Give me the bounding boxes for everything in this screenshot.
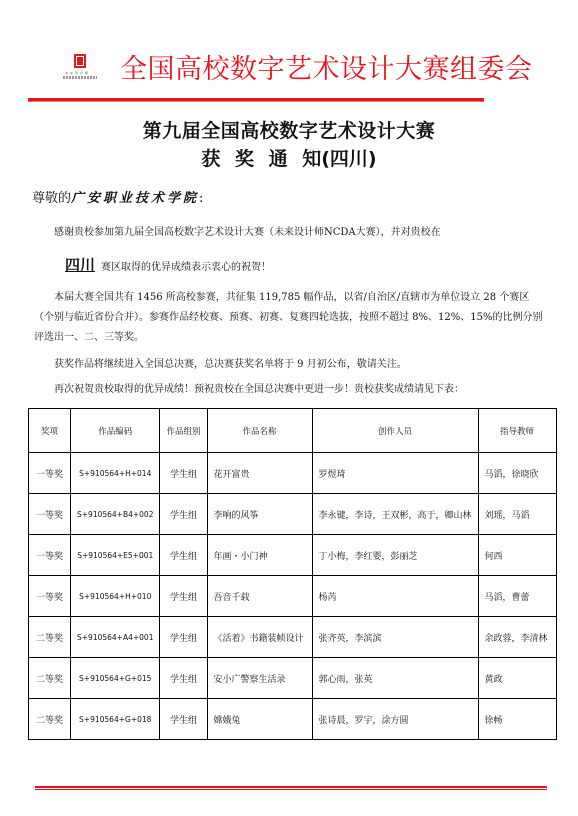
paragraph-thanks: 感谢贵校参加第九届全国高校数字艺术设计大赛（未来设计师NCDA大赛），并对贵校在 bbox=[54, 223, 441, 243]
code-cell: S+910564+H+014 bbox=[71, 453, 160, 494]
table-row: 二等奖 S+910564+A4+001 学生组 《活着》书籍装帧设计 张齐英，李… bbox=[29, 617, 557, 658]
creators-cell: 罗煜琦 bbox=[312, 453, 478, 494]
creators-cell: 杨芮 bbox=[312, 576, 478, 617]
title-cell: 李响的风筝 bbox=[207, 494, 312, 535]
group-cell: 学生组 bbox=[160, 494, 207, 535]
table-row: 一等奖 S+910564+B4+002 学生组 李响的风筝 李永键，李诗，王双彬… bbox=[29, 494, 557, 535]
code-cell: S+910564+G+018 bbox=[71, 699, 160, 740]
table-row: 一等奖 S+910564+H+010 学生组 吾音千载 杨芮 马滔，曹蕾 bbox=[29, 576, 557, 617]
advisors-cell: 黄政 bbox=[478, 658, 556, 699]
group-cell: 学生组 bbox=[160, 699, 207, 740]
table-row: 一等奖 S+910564+E5+001 学生组 年画・小门神 丁小梅，李红婴，彭… bbox=[29, 535, 557, 576]
region-congrats: 赛区取得的优异成绩表示衷心的祝贺！ bbox=[101, 262, 271, 273]
paragraph-congrats: 再次祝贺贵校取得的优异成绩！预祝贵校在全国总决赛中更进一步！贵校获奖成绩请见下表… bbox=[54, 380, 464, 400]
award-cell: 二等奖 bbox=[29, 617, 71, 658]
salutation: 尊敬的广安职业技术学院: bbox=[32, 187, 203, 206]
award-cell: 二等奖 bbox=[29, 658, 71, 699]
table-row: 一等奖 S+910564+H+014 学生组 花开富贵 罗煜琦 马滔，徐晓欣 bbox=[29, 453, 557, 494]
title-cell: 吾音千载 bbox=[207, 576, 312, 617]
creators-cell: 李永键，李诗，王双彬，高于，卿山林 bbox=[312, 494, 478, 535]
award-cell: 一等奖 bbox=[29, 494, 71, 535]
footer-divider bbox=[35, 786, 547, 790]
title-cell: 《活着》书籍装帧设计 bbox=[207, 617, 312, 658]
title-cell: 年画・小门神 bbox=[207, 535, 312, 576]
header-advisors: 指导教师 bbox=[478, 409, 556, 453]
group-cell: 学生组 bbox=[160, 658, 207, 699]
award-cell: 二等奖 bbox=[29, 699, 71, 740]
advisors-cell: 徐畅 bbox=[478, 699, 556, 740]
header-code: 作品编码 bbox=[71, 409, 160, 453]
paragraph-competition-stats: 本届大赛全国共有 1456 所高校参赛，共征集 119,785 幅作品，以省/自… bbox=[34, 288, 548, 348]
salutation-suffix: : bbox=[199, 191, 203, 206]
region-line: 四川赛区取得的优异成绩表示衷心的祝贺！ bbox=[65, 254, 271, 275]
award-cell: 一等奖 bbox=[29, 535, 71, 576]
title-cell: 嫦娥兔 bbox=[207, 699, 312, 740]
creators-cell: 丁小梅，李红婴，彭丽芝 bbox=[312, 535, 478, 576]
advisors-cell: 何西 bbox=[478, 535, 556, 576]
header-divider bbox=[28, 98, 484, 101]
award-cell: 一等奖 bbox=[29, 453, 71, 494]
document-subtitle: 获 奖 通 知(四川) bbox=[0, 144, 578, 171]
title-cell: 安小广警察生活录 bbox=[207, 658, 312, 699]
advisors-cell: 马滔，曹蕾 bbox=[478, 576, 556, 617]
header-creators: 创作人员 bbox=[312, 409, 478, 453]
creators-cell: 郭心雨，张英 bbox=[312, 658, 478, 699]
table-row: 二等奖 S+910564+G+018 学生组 嫦娥兔 张诗晨，罗宇，涂方圆 徐畅 bbox=[29, 699, 557, 740]
group-cell: 学生组 bbox=[160, 535, 207, 576]
creators-cell: 张齐英，李滨滨 bbox=[312, 617, 478, 658]
code-cell: S+910564+E5+001 bbox=[71, 535, 160, 576]
salutation-prefix: 尊敬的 bbox=[32, 191, 71, 206]
award-cell: 一等奖 bbox=[29, 576, 71, 617]
region-name: 四川 bbox=[65, 256, 95, 274]
letterhead: 未来设计师 全国高校数字艺术设计大赛组委会 bbox=[28, 52, 550, 92]
paragraph-finals: 获奖作品将继续进入全国总决赛，总决赛获奖名单将于 9 月初公布，敬请关注。 bbox=[54, 355, 407, 375]
advisors-cell: 余政蓉，李清林 bbox=[478, 617, 556, 658]
document-title: 第九届全国高校数字艺术设计大赛 bbox=[0, 116, 578, 143]
logo-mark-icon bbox=[74, 54, 86, 68]
advisors-cell: 马滔，徐晓欣 bbox=[478, 453, 556, 494]
table-row: 二等奖 S+910564+G+015 学生组 安小广警察生活录 郭心雨，张英 黄… bbox=[29, 658, 557, 699]
code-cell: S+910564+A4+001 bbox=[71, 617, 160, 658]
title-cell: 花开富贵 bbox=[207, 453, 312, 494]
table-header-row: 奖项 作品编码 作品组别 作品名称 创作人员 指导教师 bbox=[29, 409, 557, 453]
advisors-cell: 刘瑶，马滔 bbox=[478, 494, 556, 535]
header-title: 作品名称 bbox=[207, 409, 312, 453]
logo-subtext bbox=[63, 76, 97, 79]
creators-cell: 张诗晨，罗宇，涂方圆 bbox=[312, 699, 478, 740]
logo-text: 未来设计师 bbox=[65, 71, 90, 75]
awards-table: 奖项 作品编码 作品组别 作品名称 创作人员 指导教师 一等奖 S+910564… bbox=[28, 408, 557, 740]
code-cell: S+910564+B4+002 bbox=[71, 494, 160, 535]
header-group: 作品组别 bbox=[160, 409, 207, 453]
school-name: 广安职业技术学院 bbox=[71, 191, 199, 206]
group-cell: 学生组 bbox=[160, 576, 207, 617]
group-cell: 学生组 bbox=[160, 453, 207, 494]
header-award: 奖项 bbox=[29, 409, 71, 453]
ncda-logo: 未来设计师 bbox=[52, 54, 108, 90]
code-cell: S+910564+G+015 bbox=[71, 658, 160, 699]
code-cell: S+910564+H+010 bbox=[71, 576, 160, 617]
group-cell: 学生组 bbox=[160, 617, 207, 658]
organization-title: 全国高校数字艺术设计大赛组委会 bbox=[120, 52, 533, 88]
